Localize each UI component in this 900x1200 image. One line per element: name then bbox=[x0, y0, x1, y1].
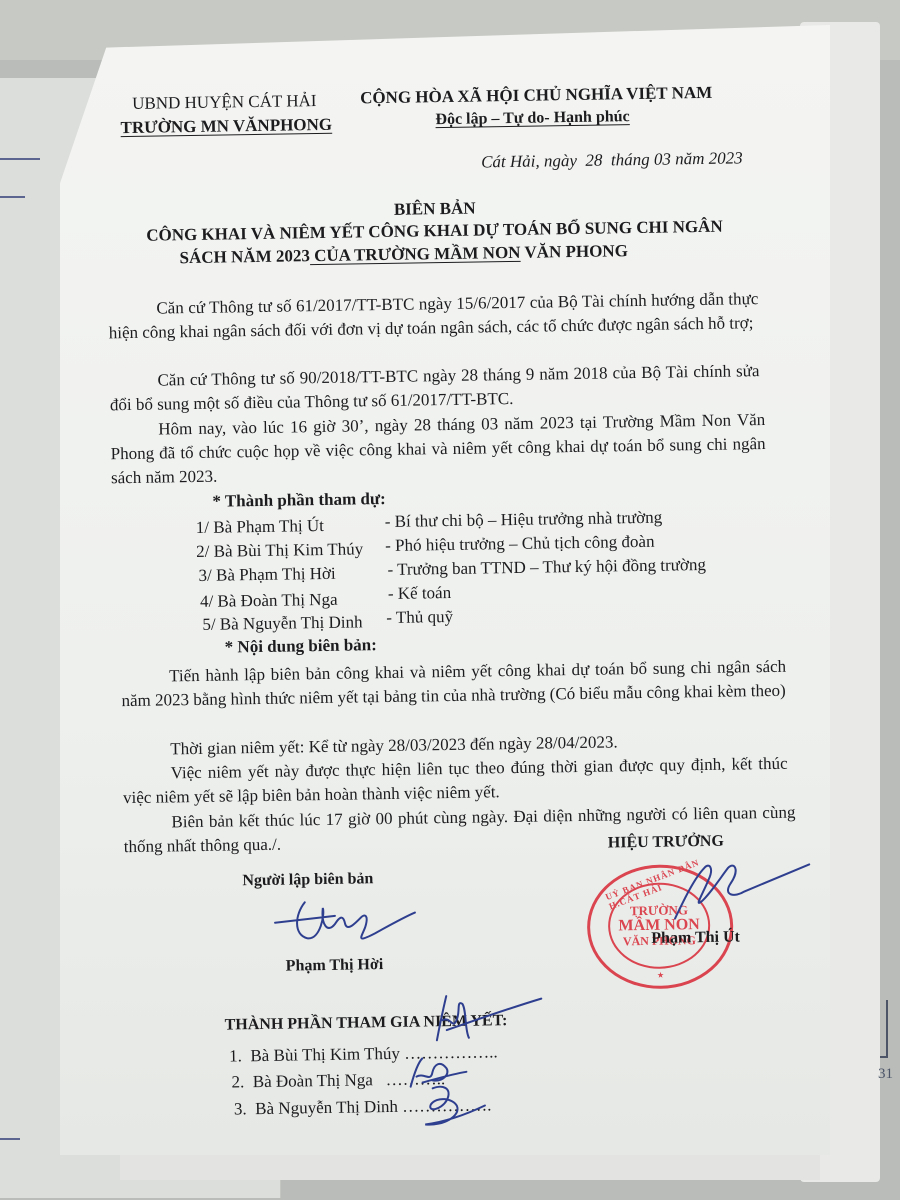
country-line: CỘNG HÒA XÃ HỘI CHỦ NGHĨA VIỆT NAM bbox=[360, 84, 712, 107]
participant-role: - Kế toán bbox=[388, 584, 452, 602]
participant-role: - Thủ quỹ bbox=[386, 608, 453, 626]
participant-name: 3/ Bà Phạm Thị Hời bbox=[198, 565, 335, 584]
participant-role: - Trưởng ban TTND – Thư ký hội đồng trườ… bbox=[387, 556, 706, 578]
member-signature-1 bbox=[416, 989, 547, 1051]
school-line: TRƯỜNG MN VĂNPHONG bbox=[120, 116, 332, 136]
member-index: 1. bbox=[229, 1046, 242, 1065]
principal-title: HIỆU TRƯỞNG bbox=[608, 834, 724, 852]
member-name: Bà Nguyễn Thị Dinh bbox=[255, 1097, 398, 1118]
principal-signature bbox=[664, 856, 815, 928]
agency-line: UBND HUYỆN CÁT HẢI bbox=[132, 92, 317, 112]
recorder-signature bbox=[265, 892, 426, 955]
member-signature-3 bbox=[413, 1081, 494, 1130]
paragraph-closing: Biên bản kết thúc lúc 17 giờ 00 phút cùn… bbox=[123, 801, 796, 860]
recorder-name: Phạm Thị Hời bbox=[286, 957, 384, 975]
participant-name: 4/ Bà Đoàn Thị Nga bbox=[200, 591, 338, 610]
paragraph-content: Tiến hành lập biên bản công khai và niêm… bbox=[121, 655, 787, 713]
participant-name: 2/ Bà Bùi Thị Kim Thúy bbox=[196, 540, 363, 560]
subtitle-suffix: VĂN PHONG bbox=[520, 241, 628, 262]
participant-role: - Bí thư chi bộ – Hiệu trưởng nhà trường bbox=[385, 509, 663, 530]
paragraph-legal-basis-1: Căn cứ Thông tư số 61/2017/TT-BTC ngày 1… bbox=[108, 287, 759, 345]
subtitle-prefix: SÁCH NĂM 2023 bbox=[179, 246, 310, 267]
document-subtitle-1: CÔNG KHAI VÀ NIÊM YẾT CÔNG KHAI DỰ TOÁN … bbox=[146, 218, 723, 244]
recorder-title: Người lập biên bản bbox=[242, 871, 373, 889]
participant-role: - Phó hiệu trưởng – Chủ tịch công đoàn bbox=[385, 533, 655, 554]
document-title: BIÊN BẢN bbox=[394, 200, 476, 218]
paragraph-meeting-info: Hôm nay, vào lúc 16 giờ 30’, ngày 28 thá… bbox=[110, 408, 766, 490]
motto-line: Độc lập – Tự do- Hạnh phúc bbox=[435, 109, 629, 128]
document-content: UBND HUYỆN CÁT HẢI TRƯỜNG MN VĂNPHONG CỘ… bbox=[0, 0, 900, 1200]
member-index: 3. bbox=[234, 1099, 247, 1118]
member-name: Bà Đoàn Thị Nga bbox=[253, 1070, 373, 1091]
paragraph-legal-basis-2: Căn cứ Thông tư số 90/2018/TT-BTC ngày 2… bbox=[109, 359, 760, 417]
participant-name: 1/ Bà Phạm Thị Út bbox=[196, 517, 324, 536]
participants-heading: * Thành phần tham dự: bbox=[212, 490, 386, 510]
document-subtitle-2: SÁCH NĂM 2023 CỦA TRƯỜNG MẦM NON VĂN PHO… bbox=[179, 242, 628, 266]
principal-name: Phạm Thị Út bbox=[651, 929, 740, 946]
place-date: Cát Hải, ngày 28 tháng 03 năm 2023 bbox=[481, 149, 743, 170]
participant-name: 5/ Bà Nguyễn Thị Dinh bbox=[202, 613, 362, 633]
star-icon: ★ bbox=[657, 971, 664, 980]
member-name: Bà Bùi Thị Kim Thúy bbox=[250, 1044, 400, 1065]
member-index: 2. bbox=[231, 1072, 244, 1091]
content-heading: * Nội dung biên bản: bbox=[225, 636, 377, 655]
subtitle-underlined: CỦA TRƯỜNG MẦM NON bbox=[310, 243, 521, 265]
